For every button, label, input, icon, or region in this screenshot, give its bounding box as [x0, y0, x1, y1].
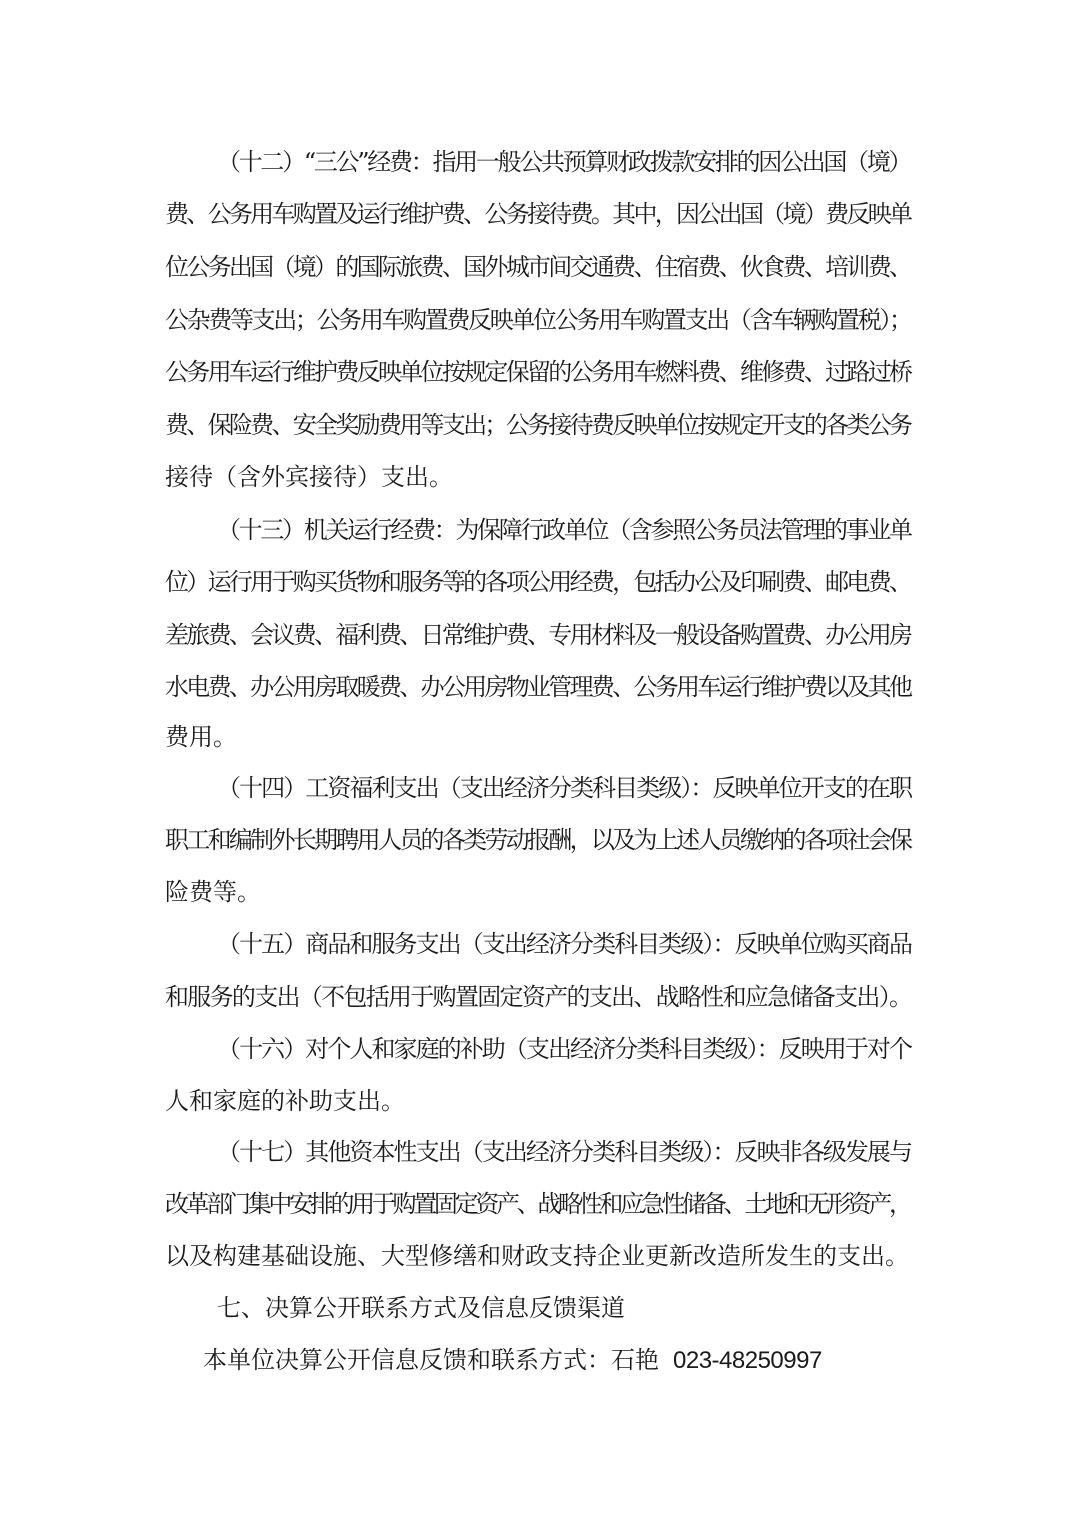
document-page: （十二）“三公”经费：指用一般公共预算财政拨款安排的因公出国（境） 费、公务用车…	[0, 0, 1074, 1520]
paragraph-line: 费、公务用车购置及运行维护费、公务接待费。其中，因公出国（境）费反映单	[165, 199, 913, 229]
paragraph-line: 以及构建基础设施、大型修缮和财政支持企业更新改造所发生的支出。	[165, 1241, 913, 1271]
contact-name: 石艳	[611, 1346, 659, 1374]
paragraph-line: 和服务的支出（不包括用于购置固定资产的支出、战略性和应急储备支出）。	[165, 982, 913, 1012]
paragraph-line: 费、保险费、安全奖励费用等支出；公务接待费反映单位按规定开支的各类公务	[165, 410, 913, 440]
paragraph-line: （十二）“三公”经费：指用一般公共预算财政拨款安排的因公出国（境）	[217, 147, 913, 177]
paragraph-line: 改革部门集中安排的用于购置固定资产、战略性和应急性储备、土地和无形资产，	[165, 1189, 913, 1219]
paragraph-line: 位公务出国（境）的国际旅费、国外城市间交通费、住宿费、伙食费、培训费、	[165, 252, 913, 282]
paragraph-line: 公务用车运行维护费反映单位按规定保留的公务用车燃料费、维修费、过路过桥	[165, 357, 913, 387]
contact-label: 本单位决算公开信息反馈和联系方式：	[203, 1346, 611, 1374]
paragraph-line: 水电费、办公用房取暖费、办公用房物业管理费、公务用车运行维护费以及其他	[165, 672, 913, 702]
paragraph-line: 接待（含外宾接待）支出。	[165, 462, 913, 492]
paragraph-line: 费用。	[165, 722, 913, 752]
paragraph-line: （十六）对个人和家庭的补助（支出经济分类科目类级）：反映用于对个	[217, 1034, 913, 1064]
contact-phone: 023-48250997	[673, 1347, 822, 1374]
paragraph-line: 险费等。	[165, 877, 913, 907]
paragraph-line: 公杂费等支出；公务用车购置费反映单位公务用车购置支出（含车辆购置税）；	[165, 305, 913, 335]
paragraph-line: 位）运行用于购买货物和服务等的各项公用经费，包括办公及印刷费、邮电费、	[165, 567, 913, 597]
paragraph-line: （十四）工资福利支出（支出经济分类科目类级）：反映单位开支的在职	[217, 773, 913, 803]
contact-info: 本单位决算公开信息反馈和联系方式：石艳023-48250997	[203, 1345, 822, 1375]
paragraph-line: 差旅费、会议费、福利费、日常维护费、专用材料及一般设备购置费、办公用房	[165, 620, 913, 650]
paragraph-line: （十三）机关运行经费：为保障行政单位（含参照公务员法管理的事业单	[217, 515, 913, 545]
paragraph-line: 职工和编制外长期聘用人员的各类劳动报酬，以及为上述人员缴纳的各项社会保	[165, 825, 913, 855]
section-heading-contact: 七、决算公开联系方式及信息反馈渠道	[217, 1293, 625, 1323]
paragraph-line: 人和家庭的补助支出。	[165, 1086, 913, 1116]
paragraph-line: （十七）其他资本性支出（支出经济分类科目类级）：反映非各级发展与	[217, 1137, 913, 1167]
paragraph-line: （十五）商品和服务支出（支出经济分类科目类级）：反映单位购买商品	[217, 929, 913, 959]
